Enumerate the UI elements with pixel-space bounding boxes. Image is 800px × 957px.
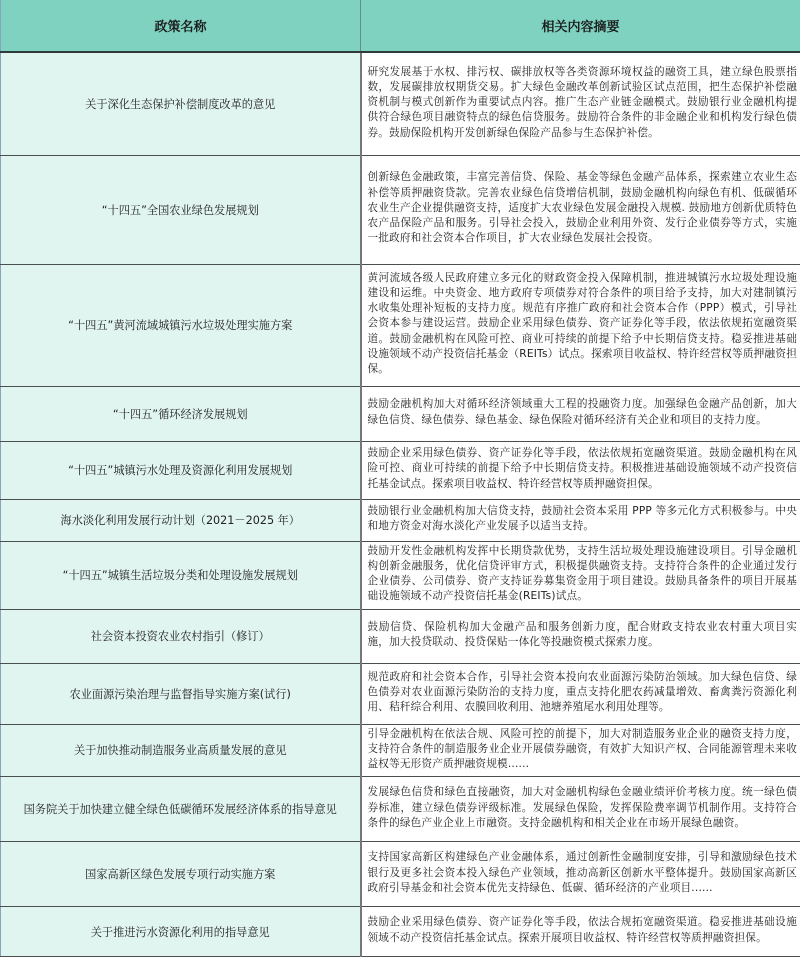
table-row: 社会资本投资农业农村指引（修订）鼓励信贷、保险机构加大金融产品和服务创新力度，配… <box>1 609 800 663</box>
policy-summary-cell: 鼓励信贷、保险机构加大金融产品和服务创新力度，配合财政支持农业农村重大项目实施，… <box>361 609 800 663</box>
policy-summary-cell: 创新绿色金融政策，丰富完善信贷、保险、基金等绿色金融产品体系，探索建立农业生态补… <box>361 155 800 264</box>
policy-summary-cell: 引导金融机构在依法合规、风险可控的前提下，加大对制造服务业企业的融资支持力度，支… <box>361 724 800 777</box>
table-row: 海水淡化利用发展行动计划（2021－2025 年）鼓励银行业金融机构加大信贷支持… <box>1 499 800 541</box>
policy-name-cell: “十四五”循环经济发展规划 <box>1 386 361 441</box>
policy-name-cell: “十四五”黄河流域城镇污水垃圾处理实施方案 <box>1 264 361 386</box>
policy-summary-cell: 规范政府和社会资本合作，引导社会资本投向农业面源污染防治领域。加大绿色信贷、绿色… <box>361 663 800 724</box>
policy-summary-cell: 鼓励开发性金融机构发挥中长期贷款优势，支持生活垃圾处理设施建设项目。引导金融机构… <box>361 541 800 609</box>
policy-summary-cell: 黄河流域各级人民政府建立多元化的财政资金投入保障机制，推进城镇污水垃圾处理设施建… <box>361 264 800 386</box>
table-row: “十四五”黄河流域城镇污水垃圾处理实施方案黄河流域各级人民政府建立多元化的财政资… <box>1 264 800 386</box>
policy-summary-cell: 鼓励银行业金融机构加大信贷支持，鼓励社会资本采用 PPP 等多元化方式积极参与。… <box>361 499 800 541</box>
policy-summary-cell: 支持国家高新区构建绿色产业金融体系，通过创新性金融制度安排，引导和激励绿色技术银… <box>361 842 800 907</box>
policy-name-cell: 农业面源污染治理与监督指导实施方案(试行) <box>1 663 361 724</box>
policy-name-cell: “十四五”全国农业绿色发展规划 <box>1 155 361 264</box>
policy-name-cell: “十四五”城镇污水处理及资源化利用发展规划 <box>1 441 361 499</box>
policy-name-cell: 社会资本投资农业农村指引（修订） <box>1 609 361 663</box>
header-policy-name: 政策名称 <box>1 0 361 52</box>
policy-summary-cell: 发展绿色信贷和绿色直接融资，加大对金融机构绿色金融业绩评价考核力度。统一绿色债券… <box>361 777 800 842</box>
policy-name-cell: 国务院关于加快建立健全绿色低碳循环发展经济体系的指导意见 <box>1 777 361 842</box>
table-row: 关于推进污水资源化利用的指导意见鼓励企业采用绿色债券、资产证券化等手段，依法合规… <box>1 907 800 957</box>
table-row: 国务院关于加快建立健全绿色低碳循环发展经济体系的指导意见发展绿色信贷和绿色直接融… <box>1 777 800 842</box>
table-row: “十四五”循环经济发展规划鼓励金融机构加大对循环经济领域重大工程的投融资力度。加… <box>1 386 800 441</box>
table-row: “十四五”城镇污水处理及资源化利用发展规划鼓励企业采用绿色债券、资产证券化等手段… <box>1 441 800 499</box>
policy-summary-cell: 鼓励企业采用绿色债券、资产证券化等手段，依法合规拓宽融资渠道。稳妥推进基础设施领… <box>361 907 800 957</box>
policy-table: 政策名称 相关内容摘要 关于深化生态保护补偿制度改革的意见研究发展基于水权、排污… <box>0 0 800 957</box>
table-row: “十四五”全国农业绿色发展规划创新绿色金融政策，丰富完善信贷、保险、基金等绿色金… <box>1 155 800 264</box>
policy-summary-cell: 鼓励金融机构加大对循环经济领域重大工程的投融资力度。加强绿色金融产品创新，加大绿… <box>361 386 800 441</box>
table-row: 农业面源污染治理与监督指导实施方案(试行)规范政府和社会资本合作，引导社会资本投… <box>1 663 800 724</box>
policy-summary-cell: 鼓励企业采用绿色债券、资产证券化等手段，依法依规拓宽融资渠道。鼓励金融机构在风险… <box>361 441 800 499</box>
header-summary: 相关内容摘要 <box>361 0 800 52</box>
table-row: 关于加快推动制造服务业高质量发展的意见引导金融机构在依法合规、风险可控的前提下，… <box>1 724 800 777</box>
policy-name-cell: 海水淡化利用发展行动计划（2021－2025 年） <box>1 499 361 541</box>
policy-summary-cell: 研究发展基于水权、排污权、碳排放权等各类资源环境权益的融资工具，建立绿色股票指数… <box>361 52 800 155</box>
policy-name-cell: “十四五”城镇生活垃圾分类和处理设施发展规划 <box>1 541 361 609</box>
table-row: 关于深化生态保护补偿制度改革的意见研究发展基于水权、排污权、碳排放权等各类资源环… <box>1 52 800 155</box>
policy-name-cell: 关于深化生态保护补偿制度改革的意见 <box>1 52 361 155</box>
policy-name-cell: 关于推进污水资源化利用的指导意见 <box>1 907 361 957</box>
table-row: “十四五”城镇生活垃圾分类和处理设施发展规划鼓励开发性金融机构发挥中长期贷款优势… <box>1 541 800 609</box>
policy-name-cell: 国家高新区绿色发展专项行动实施方案 <box>1 842 361 907</box>
policy-name-cell: 关于加快推动制造服务业高质量发展的意见 <box>1 724 361 777</box>
header-row: 政策名称 相关内容摘要 <box>1 0 800 52</box>
table-row: 国家高新区绿色发展专项行动实施方案支持国家高新区构建绿色产业金融体系，通过创新性… <box>1 842 800 907</box>
